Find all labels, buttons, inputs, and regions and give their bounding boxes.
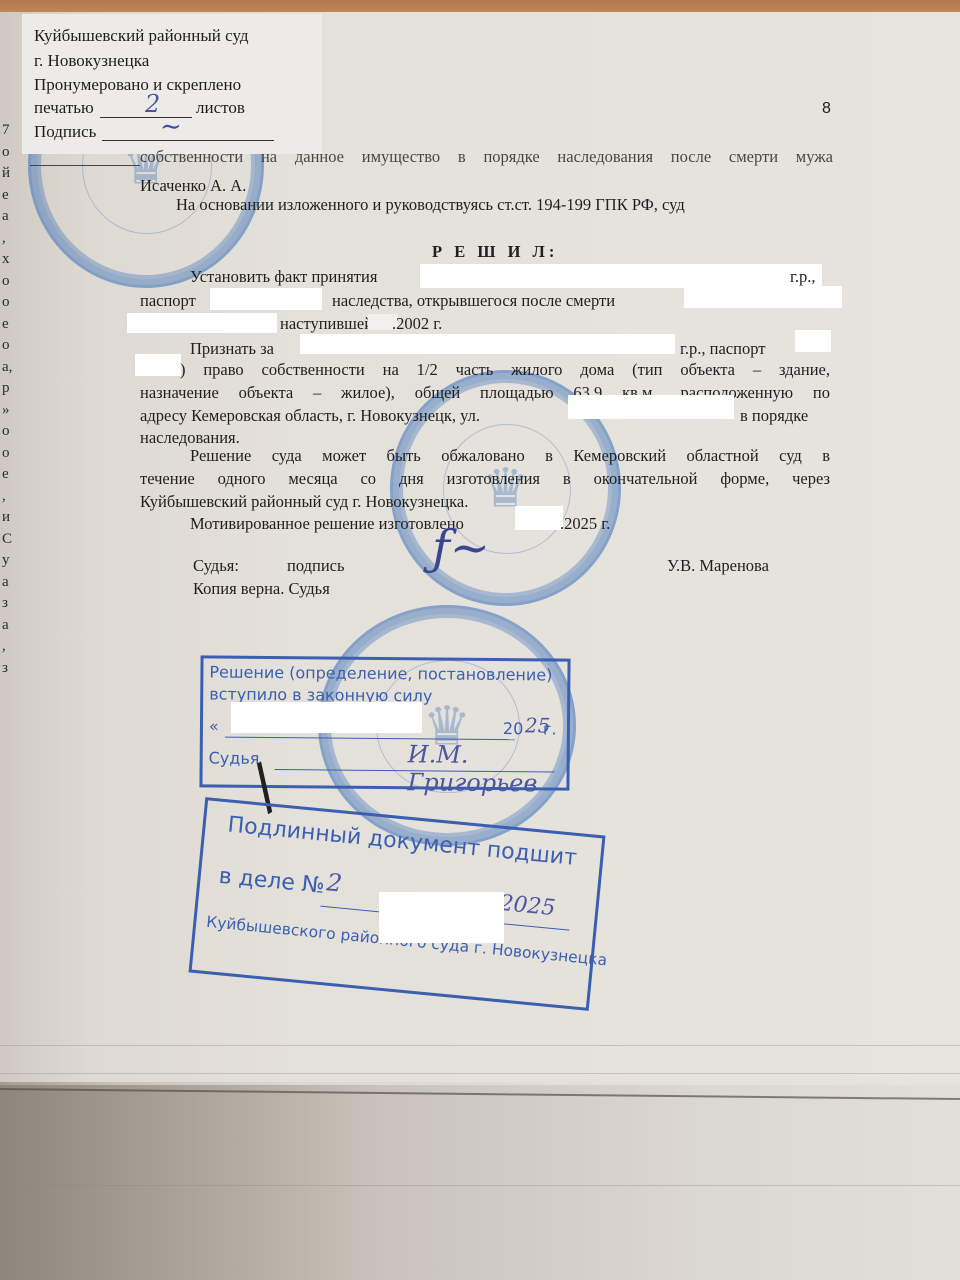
margin-char: о	[2, 271, 16, 293]
redaction-box	[210, 288, 322, 310]
margin-char: а	[2, 615, 16, 637]
copy-certified: Копия верна. Судья	[193, 579, 330, 599]
text-line: Решение суда может быть обжаловано в Кем…	[190, 446, 830, 466]
text-line: Установить факт принятия	[190, 267, 377, 287]
margin-char: у	[2, 550, 16, 572]
judge-name: У.В. Маренова	[667, 556, 769, 576]
judge-label: Судья:	[193, 556, 239, 576]
handwritten-signature: ∼	[160, 112, 182, 142]
text-line: паспорт	[140, 291, 196, 311]
stamp-text: г.	[543, 719, 557, 738]
handwritten-signature: ƒ~	[432, 520, 490, 576]
bleed-through-line	[0, 1045, 960, 1046]
redaction-box	[684, 286, 842, 308]
text-line: в порядке	[740, 406, 808, 426]
page-number: 8	[822, 100, 831, 118]
handwritten-sheet-count: 2	[145, 90, 160, 118]
handwritten-case-year: 2025	[498, 891, 556, 921]
margin-char: о	[2, 421, 16, 443]
margin-char: е	[2, 185, 16, 207]
shadow-area	[0, 1085, 960, 1280]
label-signature: Подпись	[34, 120, 96, 144]
text-line: адресу Кемеровская область, г. Новокузне…	[140, 406, 480, 426]
handwritten-case-number: 2	[325, 868, 343, 897]
stamp-text: в деле №	[218, 864, 326, 899]
fill-line	[225, 737, 515, 741]
bleed-through-line	[0, 1185, 960, 1186]
margin-char: ,	[2, 486, 16, 508]
margin-char: и	[2, 507, 16, 529]
redaction-box	[300, 334, 675, 354]
text-line: наследования.	[140, 428, 240, 448]
margin-char: а,	[2, 357, 16, 379]
margin-char: о	[2, 443, 16, 465]
redaction-box	[420, 264, 822, 288]
text-line: собственности на данное имущество в поря…	[140, 147, 833, 167]
redaction-box	[568, 395, 734, 419]
margin-char: о	[2, 335, 16, 357]
text-line: наступившей	[280, 314, 373, 334]
redaction-box	[135, 354, 181, 376]
text-line: .2002 г.	[392, 314, 442, 334]
margin-char: е	[2, 464, 16, 486]
margin-char: е	[2, 314, 16, 336]
margin-char: о	[2, 292, 16, 314]
margin-char: ,	[2, 228, 16, 250]
text-line: Исаченко А. А.	[140, 176, 246, 196]
text-line: Мотивированное решение изготовлено	[190, 514, 464, 534]
text-line: наследства, открывшегося после смерти	[332, 291, 615, 311]
redaction-box	[127, 313, 277, 333]
fill-line	[30, 165, 140, 166]
margin-char: й	[2, 163, 16, 185]
redaction-box	[379, 892, 504, 943]
redaction-box	[515, 506, 563, 530]
margin-char: а	[2, 572, 16, 594]
text-line: .2025 г.	[560, 514, 610, 534]
margin-char: х	[2, 249, 16, 271]
text-line: г.р., паспорт	[680, 339, 765, 359]
text-line: течение одного месяца со дня изготовлени…	[140, 469, 830, 489]
margin-char: ,	[2, 636, 16, 658]
margin-char: з	[2, 658, 16, 680]
redaction-box	[795, 330, 831, 352]
margin-char: С	[2, 529, 16, 551]
bleed-through-line	[0, 1073, 960, 1074]
text-line: ) право собственности на 1/2 часть жилог…	[180, 360, 830, 380]
margin-char: »	[2, 400, 16, 422]
text-line: Признать за	[190, 339, 274, 359]
fill-line	[102, 140, 274, 141]
margin-char: р	[2, 378, 16, 400]
text-line: г.р.,	[790, 267, 816, 287]
margin-char: з	[2, 593, 16, 615]
stamp-text: «	[209, 716, 219, 735]
label-numbered: Пронумеровано и скреплено	[34, 73, 241, 97]
handwritten-signature: И.М. Григорьев	[407, 740, 566, 797]
stamp-text: 20	[503, 719, 524, 738]
label-seal-prefix: печатью	[34, 96, 94, 120]
redaction-box	[231, 702, 422, 733]
label-court: Куйбышевский районный суд	[34, 24, 249, 48]
margin-char: а	[2, 206, 16, 228]
margin-char: 7	[2, 120, 16, 142]
stamp-text: Решение (определение, постановление)	[209, 662, 552, 684]
judge-signature-placeholder: подпись	[287, 556, 345, 576]
margin-char: о	[2, 142, 16, 164]
decision-heading: Р Е Ш И Л:	[432, 242, 558, 262]
margin-fragment: 7ойеа,хооеоа,р»оое,иСуаза,з	[2, 120, 16, 679]
label-city: г. Новокузнецка	[34, 49, 149, 73]
label-sheets: листов	[196, 96, 245, 120]
text-line: На основании изложенного и руководствуяс…	[176, 195, 685, 215]
text-line: Куйбышевский районный суд г. Новокузнецк…	[140, 492, 468, 512]
